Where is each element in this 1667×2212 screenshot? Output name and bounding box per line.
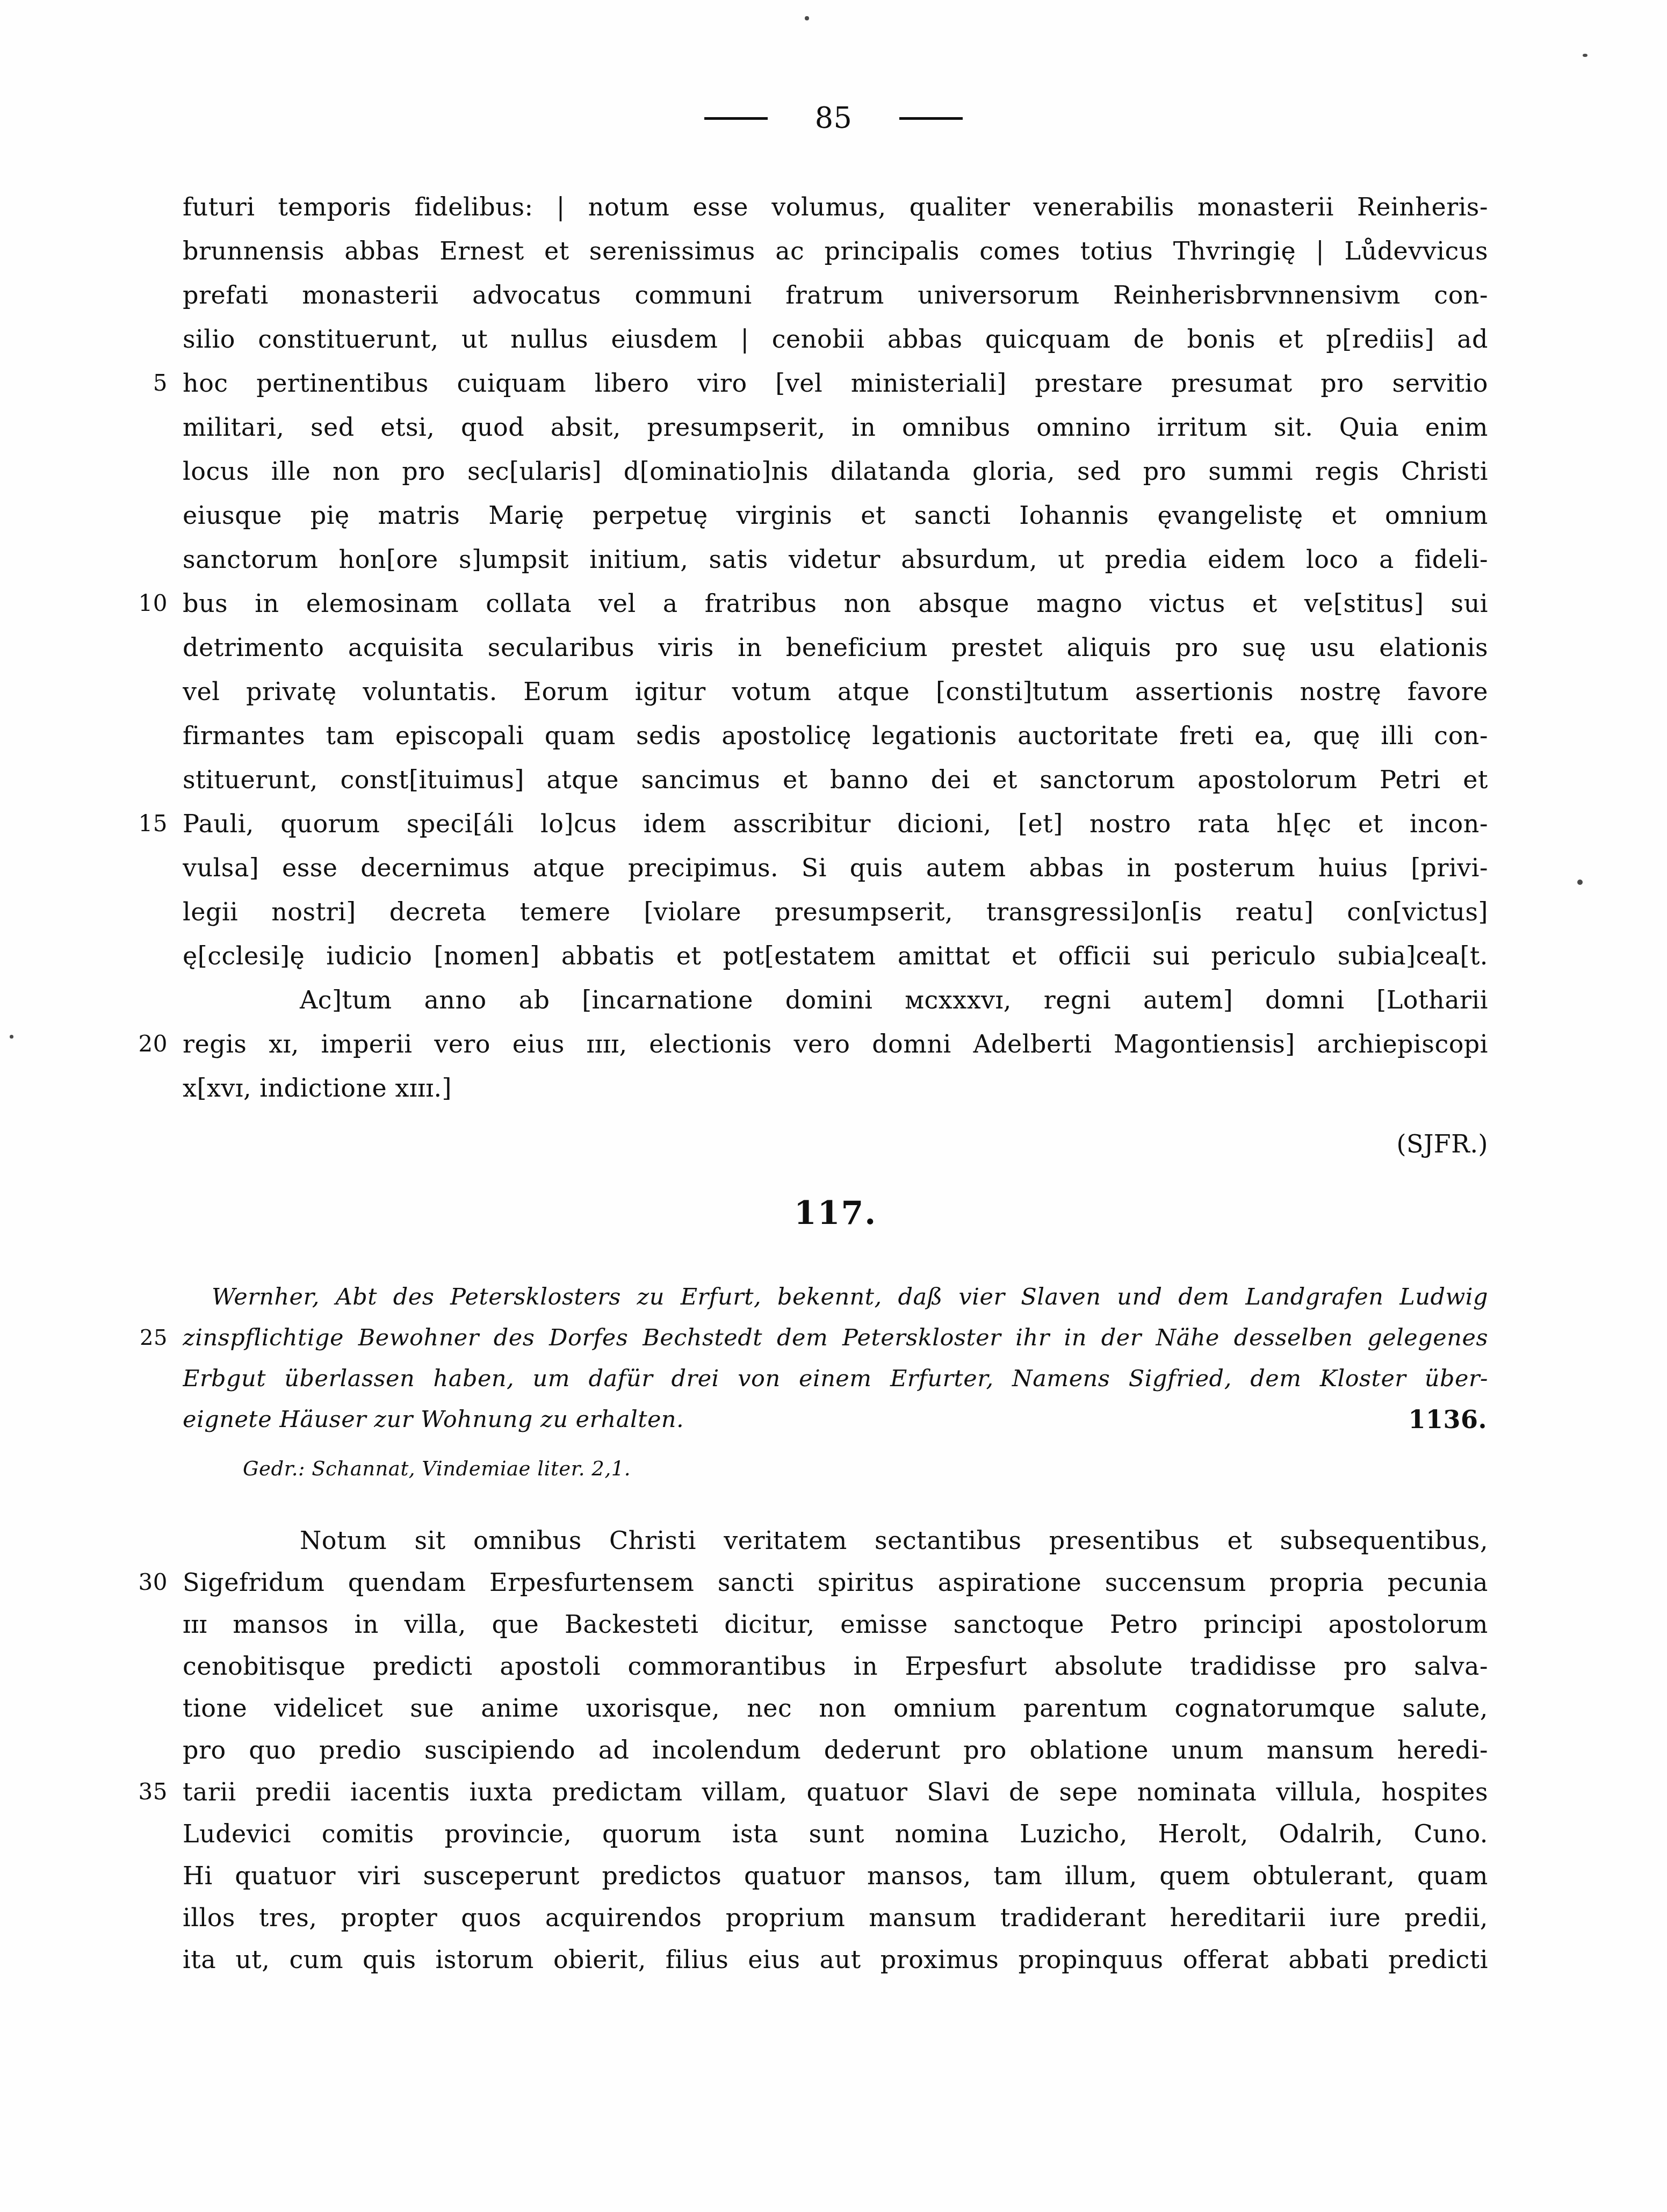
charter-117-heading: 117. <box>183 1194 1488 1233</box>
margin-line-number: 25 <box>132 1317 168 1358</box>
text-line: futuri temporis fidelibus: | notum esse … <box>183 185 1488 229</box>
charter-117-source: Gedr.: Schannat, Vindemiae liter. 2,1. <box>183 1455 1548 1483</box>
text-line: illos tres, propter quos acquirendos pro… <box>183 1897 1488 1939</box>
text-line: sanctorum hon[ore s]umpsit initium, sati… <box>183 537 1488 581</box>
text-line: vulsa] esse decernimus atque precipimus.… <box>183 846 1488 890</box>
scan-speck <box>10 1035 13 1039</box>
text-line: locus ille non pro sec[ularis] d[ominati… <box>183 449 1488 493</box>
margin-line-number: 10 <box>132 581 168 625</box>
page-number: 85 <box>815 98 853 139</box>
text-line: 10 bus in elemosinam collata vel a fratr… <box>183 581 1488 625</box>
text-line: Ludevici comitis provincie, quorum ista … <box>183 1813 1488 1855</box>
charter-117-text: Notum sit omnibus Christi veritatem sect… <box>183 1519 1488 1980</box>
text-line: detrimento acquisita secularibus viris i… <box>183 625 1488 669</box>
book-page: 85 futuri temporis fidelibus: | notum es… <box>0 0 1667 2212</box>
text-line: prefati monasterii advocatus communi fra… <box>183 273 1488 317</box>
margin-line-number: 20 <box>132 1022 168 1066</box>
text-line: silio constituerunt, ut nullus eiusdem |… <box>183 317 1488 361</box>
text-line: brunnensis abbas Ernest et serenissimus … <box>183 229 1488 273</box>
charter-117-summary: Wernher, Abt des Petersklosters zu Erfur… <box>183 1277 1488 1440</box>
page-number-header: 85 <box>0 98 1667 139</box>
scan-speck <box>1583 54 1587 57</box>
text-line: x[xvɪ, indictione xɪɪɪ.] <box>183 1066 1488 1110</box>
text-line: militari, sed etsi, quod absit, presumps… <box>183 405 1488 449</box>
text-line: 35 tarii predii iacentis iuxta predictam… <box>183 1771 1488 1813</box>
text-line: 20 regis xɪ, imperii vero eius ɪɪɪɪ, ele… <box>183 1022 1488 1066</box>
summary-line: eignete Häuser zur Wohnung zu erhalten. … <box>183 1399 1488 1440</box>
text-line: firmantes tam episcopali quam sedis apos… <box>183 714 1488 758</box>
header-right-rule <box>899 117 963 120</box>
text-line: vel privatę voluntatis. Eorum igitur vot… <box>183 669 1488 714</box>
text-line: pro quo predio suscipiendo ad incolendum… <box>183 1729 1488 1771</box>
margin-line-number: 5 <box>132 361 168 405</box>
charter-116-text: futuri temporis fidelibus: | notum esse … <box>183 185 1488 1110</box>
charter-date-label: 1136. <box>1408 1399 1487 1440</box>
text-line: ita ut, cum quis istorum obierit, filius… <box>183 1939 1488 1980</box>
text-line: eiusque pię matris Marię perpetuę virgin… <box>183 493 1488 537</box>
text-line: 15 Pauli, quorum speci[áli lo]cus idem a… <box>183 802 1488 846</box>
margin-line-number: 15 <box>132 802 168 846</box>
text-line: Ac]tum anno ab [incarnatione domini ᴍᴄxx… <box>183 978 1488 1022</box>
summary-line: Erbgut überlassen haben, um dafür drei v… <box>183 1358 1488 1399</box>
margin-line-number: 35 <box>132 1771 168 1813</box>
text-line: legii nostri] decreta temere [violare pr… <box>183 890 1488 934</box>
text-line: cenobitisque predicti apostoli commorant… <box>183 1645 1488 1687</box>
text-line: tione videlicet sue anime uxorisque, nec… <box>183 1687 1488 1729</box>
text-line: ę[cclesi]ę iudicio [nomen] abbatis et po… <box>183 934 1488 978</box>
summary-line: 25 zinspflichtige Bewohner des Dorfes Be… <box>183 1317 1488 1358</box>
scan-speck <box>1577 880 1583 885</box>
text-line: Hi quatuor viri susceperunt predictos qu… <box>183 1855 1488 1897</box>
text-line: stituerunt, const[ituimus] atque sancimu… <box>183 758 1488 802</box>
summary-line: Wernher, Abt des Petersklosters zu Erfur… <box>183 1277 1488 1317</box>
margin-line-number: 30 <box>132 1561 168 1603</box>
header-left-rule <box>704 117 768 120</box>
text-line: 30 Sigefridum quendam Erpesfurtensem san… <box>183 1561 1488 1603</box>
charter-signature: (SJFR.) <box>183 1127 1652 1161</box>
text-line: ɪɪɪ mansos in villa, que Backesteti dici… <box>183 1603 1488 1645</box>
text-line: Notum sit omnibus Christi veritatem sect… <box>183 1519 1488 1561</box>
scan-speck <box>805 16 809 20</box>
text-line: 5 hoc pertinentibus cuiquam libero viro … <box>183 361 1488 405</box>
